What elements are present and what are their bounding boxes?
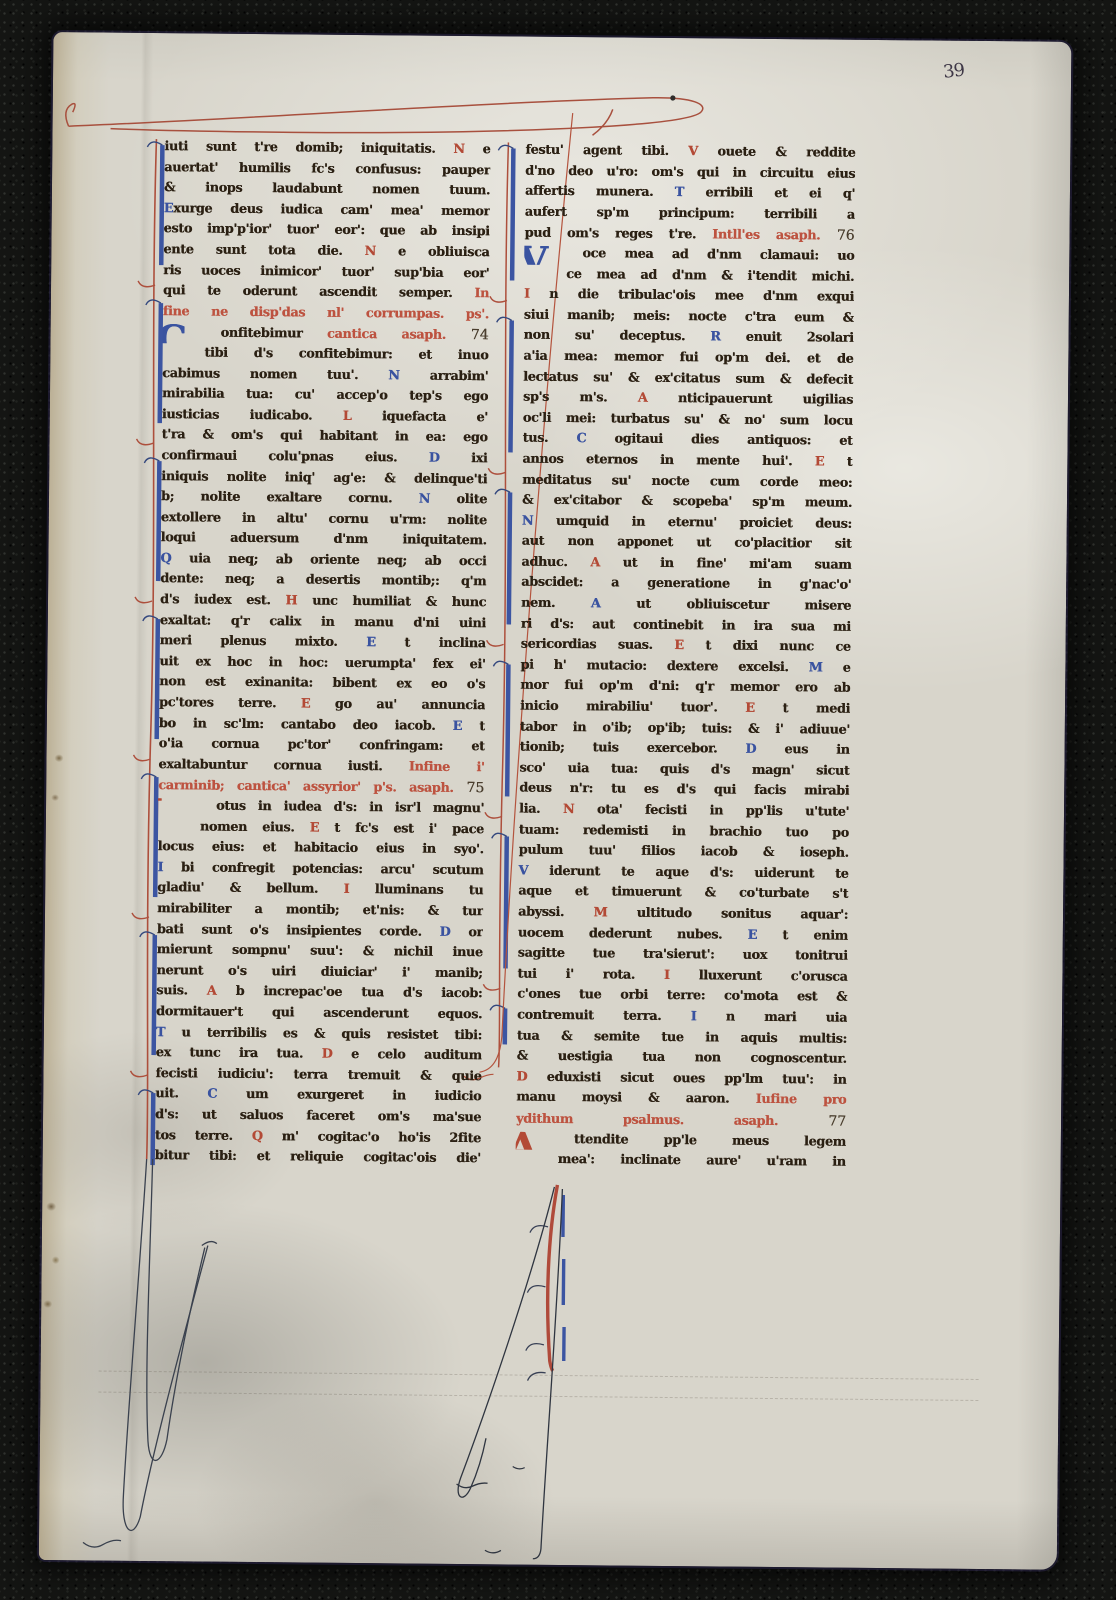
body-text: iquefacta e' — [351, 409, 488, 425]
edge-stain-spot — [54, 754, 63, 762]
body-text: meditatus su' nocte cum corde meo: — [522, 472, 852, 490]
versal-initial: C — [576, 431, 586, 446]
body-text: exaltabuntur cornua iusti. — [158, 757, 409, 774]
versal-initial: N — [419, 492, 431, 507]
body-text: iderunt te aque d's: uiderunt te — [528, 863, 849, 881]
body-text: abscidet: a generatione in g'nac'o' — [521, 575, 851, 593]
body-text: aque et timuerunt & co'turbate s't — [518, 884, 848, 902]
body-text: meri plenus mixto. — [160, 633, 367, 650]
body-text: deus n'r: tu es d's qui facis mirabi — [519, 781, 849, 799]
body-text: bitur tibi: et reliquie cogitac'ois die' — [155, 1148, 481, 1166]
ink-dot — [670, 95, 675, 100]
versal-initial: N — [388, 368, 400, 383]
body-text: nerunt o's uiri diuiciar' i' manib; — [156, 963, 482, 981]
body-text: t medi — [755, 701, 851, 717]
body-text: confirmaui colu'pnas eius. — [161, 448, 428, 466]
versal-initial: T — [675, 185, 684, 200]
versal-initial: D — [516, 1069, 527, 1084]
body-text: sp's m's. — [523, 390, 638, 406]
body-text: lluxerunt c'orusca — [670, 968, 848, 985]
body-text: t — [824, 454, 852, 469]
edge-stain-spot — [43, 1300, 52, 1308]
body-text: b; nolite exaltare cornu. — [161, 489, 419, 506]
body-text: um exurgeret in iudicio — [217, 1087, 481, 1105]
body-text: lectatus su' & ex'citatus sum & defecit — [523, 369, 853, 387]
text-column-left: iuti sunt t're domib; iniquitatis. N eau… — [155, 137, 491, 1170]
body-text: iniquis nolite iniq' ag'e: & delinque'ti — [161, 469, 487, 487]
body-text: onfitebimur — [221, 326, 328, 342]
body-text: auertat' humilis fc's confusus: pauper — [164, 160, 490, 178]
body-text: tos terre. — [155, 1128, 252, 1144]
rubric-text: carminib; cantica' assyrior' p's. asaph. — [158, 778, 453, 796]
body-text: uit ex hoc in hoc: uerumpta' fex ei' — [159, 654, 485, 672]
body-text: inicio mirabiliu' tuor'. — [520, 699, 745, 716]
body-text: n die tribulac'ois mee d'nm exqui — [530, 287, 854, 305]
body-text: m' cogitac'o ho'is 2fite — [263, 1129, 481, 1146]
body-text: bo in sc'lm: cantabo deo iacob. — [159, 716, 453, 734]
body-text: ouete & reddite — [698, 144, 856, 161]
versal-initial: R — [710, 330, 720, 345]
body-text: & ex'citabor & scopeba' sp'm meum. — [522, 493, 852, 511]
body-text: festu' agent tibi. — [525, 143, 688, 160]
body-text: aut non apponet ut co'placitior sit — [522, 534, 852, 552]
body-text: pi h' mutacio: dextere excelsi. — [520, 657, 808, 675]
body-text: uit. — [155, 1086, 207, 1101]
body-text: otus in iudea d's: in isr'l magnu' — [216, 799, 484, 817]
body-text: lluminans tu — [349, 882, 483, 898]
body-text: umquid in eternu' proiciet deus: — [533, 513, 852, 531]
body-text: iusticias iudicabo. — [162, 407, 343, 424]
body-text: ut obliuiscetur misere — [600, 596, 851, 613]
body-text: eus in — [756, 742, 850, 758]
edge-stain-spot — [46, 1202, 56, 1211]
versal-initial: D — [429, 451, 440, 466]
body-text: adhuc. — [521, 554, 590, 570]
body-text: xurge deus iudica cam' mea' memor — [173, 201, 490, 219]
body-text: gladiu' & bellum. — [157, 880, 343, 897]
body-text: ut in fine' mi'am suam — [600, 555, 852, 572]
body-text: olite — [430, 492, 487, 508]
versal-initial: E — [815, 454, 825, 469]
body-text: iuti sunt t're domib; iniquitatis. — [164, 139, 453, 157]
body-text: tus. — [523, 431, 577, 447]
rubric-text: fine ne disp'das nl' corrumpas. ps'. — [163, 304, 489, 322]
body-text: ris uoces inimicor' tuor' sup'bia eor' — [163, 263, 489, 281]
body-text: n mari uia — [696, 1009, 847, 1025]
body-text: ex tunc ira tua. — [156, 1045, 322, 1062]
body-text: loqui aduersum d'nm iniquitatem. — [161, 530, 487, 548]
body-text: unc humiliat & hunc — [297, 593, 486, 610]
body-text: pulum tuu' filios iacob & ioseph. — [519, 843, 849, 861]
body-text: oc'li mei: turbatus su' & no' sum locu — [523, 410, 853, 428]
rubric-text: Intll'es asaph. — [712, 228, 820, 244]
body-text: enuit 2solari — [720, 330, 853, 346]
body-text: nticipauerunt uigilias — [647, 391, 853, 408]
versal-initial: N — [364, 244, 376, 259]
body-text: e obliuisca — [376, 244, 490, 260]
body-text: aufert sp'm principum: terribili a — [525, 204, 855, 222]
edge-stain-spot — [51, 794, 59, 801]
body-text: t inclina — [376, 635, 486, 651]
body-text: cabimus nomen tuu'. — [162, 366, 388, 383]
body-text: sco' uia tua: quis d's magn' sicut — [519, 760, 849, 778]
body-text: extollere in altu' cornu u'rm: nolite — [161, 510, 487, 528]
body-text: non est exinanita: bibent ex eo o's — [159, 675, 485, 693]
text-line: mea': inclinate aure' u'ram in — [516, 1150, 846, 1174]
body-text: sagitte tue tra'sierut': uox tonitrui — [518, 946, 848, 964]
body-text: ota' fecisti in pp'lis u'tute' — [574, 802, 849, 820]
body-text: annos eternos in mente hui'. — [522, 451, 815, 469]
body-text: d's iudex est. — [160, 592, 286, 608]
rubric-text: Infine i' — [409, 759, 485, 775]
body-text: lia. — [519, 802, 563, 817]
body-text: nem. — [521, 596, 591, 612]
versal-initial: N — [453, 142, 465, 157]
versal-initial: N — [563, 802, 575, 817]
edge-stain-spot — [52, 1256, 60, 1264]
versal-initial: E — [745, 701, 755, 716]
body-text: d'no deo u'ro: om's qui in circuitu eius — [525, 163, 855, 181]
body-text: fecisti iudiciu': terra tremuit & quie — [155, 1066, 481, 1084]
body-text: mor fui op'm d'ni: q'r memor ero ab — [520, 678, 850, 696]
body-text: o'ia cornua pc'tor' confringam: et — [159, 736, 485, 754]
body-text: t dixi nunc ce — [684, 638, 851, 655]
body-text: mirabiliter a montib; et'nis: & tur — [157, 901, 483, 919]
folio-number: 39 — [942, 60, 965, 83]
text-column-right: festu' agent tibi. V ouete & reddited'no… — [516, 141, 856, 1174]
body-text: qui te oderunt ascendit semper. — [163, 283, 475, 301]
body-text: exaltat: q'r calix in manu d'ni uini — [160, 613, 486, 631]
body-text: ttendite pp'le meus legem — [574, 1132, 846, 1150]
body-text: mierunt sompnu' suu': & nichil inue — [157, 942, 483, 960]
body-text: dormitauer't qui ascenderunt equos. — [156, 1004, 482, 1022]
body-text: eduxisti sicut oues pp'lm tuu': in — [527, 1069, 846, 1087]
versal-initial: L — [343, 409, 352, 424]
body-text: uia neq; ab oriente neq; ab occi — [171, 551, 486, 569]
body-text: affertis munera. — [525, 184, 675, 200]
versal-initial: Q — [160, 551, 171, 566]
psalm-number: 77 — [778, 1113, 846, 1130]
versal-initial: M — [809, 660, 823, 675]
body-text: t enim — [757, 927, 848, 943]
versal-initial: Q — [252, 1129, 263, 1144]
right-descender-cadel — [456, 1184, 566, 1559]
body-text: d's: ut saluos faceret om's ma'sue — [155, 1107, 481, 1125]
body-text: e — [465, 142, 491, 157]
body-text: t fc's est i' pace — [319, 820, 484, 837]
versal-initial: V — [518, 863, 528, 878]
psalm-number: 75 — [453, 780, 484, 796]
body-text: manu moysi & aaron. — [516, 1090, 756, 1107]
body-text: e — [822, 660, 850, 675]
body-text: & inops laudabunt nomen tuum. — [164, 180, 490, 198]
body-text: go au' annuncia — [310, 697, 485, 714]
body-text: a'ia mea: memor fui op'm dei. et de — [523, 349, 853, 367]
body-text: tui i' rota. — [517, 966, 664, 982]
text-line: bitur tibi: et reliquie cogitac'ois die' — [155, 1146, 481, 1170]
body-text: b increpac'oe tua d's iacob: — [216, 984, 482, 1002]
versal-initial: T — [156, 1025, 165, 1040]
versal-initial: H — [285, 593, 297, 608]
body-text: bi confregit potencias: arcu' scutum — [163, 860, 483, 878]
body-text: bati sunt o's insipientes corde. — [157, 922, 440, 940]
body-text: esto imp'p'ior' tuor' eor': que ab insip… — [164, 221, 490, 239]
rubric-text: ydithum psalmus. asaph. — [516, 1111, 778, 1129]
body-text: non su' deceptus. — [524, 328, 711, 345]
manuscript-leaf: 39 iuti sunt t're domib; iniquitatis. N … — [39, 32, 1072, 1570]
body-text: ente sunt tota die. — [163, 242, 364, 259]
left-descender-loops — [83, 1158, 218, 1548]
versal-initial: A — [207, 984, 217, 999]
rubric-text: Iufine pro — [756, 1092, 847, 1108]
rubric-text: cantica asaph. — [327, 327, 446, 343]
top-flourish — [66, 92, 703, 136]
body-text: erribili et ei q' — [684, 185, 855, 202]
body-text: c'ones tue orbi terre: co'mota est & — [517, 987, 847, 1005]
body-text: ce mea ad d'nm & i'tendit michi. — [566, 267, 854, 285]
body-text: pud om's reges t're. — [524, 226, 712, 243]
body-text: t — [462, 719, 485, 734]
body-text: nomen eius. — [200, 819, 310, 835]
body-text: u terribilis es & quis resistet tibi: — [165, 1025, 482, 1043]
versal-initial: E — [310, 820, 320, 835]
body-text: tionib; tuis exercebor. — [520, 740, 746, 757]
body-text: & uestigia tua non cognoscentur. — [517, 1049, 847, 1067]
versal-initial: D — [322, 1047, 333, 1062]
body-text: ogitaui dies antiquos: et — [586, 431, 853, 449]
photo-background: 39 iuti sunt t're domib; iniquitatis. N … — [0, 0, 1116, 1600]
body-text: pc'tores terre. — [159, 695, 301, 711]
body-text: t'ra & om's qui habitant in ea: ego — [162, 427, 488, 445]
body-text: ultitudo sonitus aquar': — [607, 905, 848, 922]
versal-initial: N — [522, 513, 534, 528]
body-text: tua & semite tue in aquis multis: — [517, 1028, 847, 1046]
versal-initial: E — [301, 696, 311, 711]
body-text: ixi — [439, 451, 487, 466]
versal-initial: D — [745, 742, 756, 757]
body-text: uocem dederunt nubes. — [518, 925, 748, 942]
body-text: tibi d's confitebimur: et inuo — [204, 345, 488, 363]
versal-initial: A — [638, 391, 648, 406]
versal-initial: E — [674, 638, 684, 653]
body-text: tuam: redemisti in brachio tuo po — [519, 822, 849, 840]
versal-initial: E — [748, 927, 758, 942]
body-text: locus eius: et habitacio eius in syo'. — [158, 839, 484, 857]
body-text: mirabilia tua: cu' accep'o tep's ego — [162, 386, 488, 404]
body-text: tabor in o'ib; op'ib; tuis: & i' adiuue' — [520, 719, 850, 737]
psalm-number: 76 — [820, 228, 855, 244]
versal-initial: D — [440, 924, 451, 939]
body-text: contremuit terra. — [517, 1007, 691, 1024]
versal-initial: M — [593, 905, 607, 920]
body-text: e celo auditum — [332, 1047, 481, 1063]
body-text: arrabim' — [399, 368, 488, 384]
body-text: dente: neq; a desertis montib;: q'm — [160, 572, 486, 590]
versal-initial: E — [453, 719, 463, 734]
versal-initial: E — [366, 635, 376, 650]
body-text: abyssi. — [518, 905, 594, 921]
body-text: sericordias suas. — [521, 637, 675, 653]
versal-initial: C — [207, 1087, 217, 1102]
body-text: mea': inclinate aure' u'ram in — [558, 1152, 846, 1170]
rubric-text: In — [474, 286, 489, 301]
body-text: oce mea ad d'nm clamaui: uo — [582, 246, 854, 264]
body-text: or — [450, 924, 483, 939]
body-text: suis. — [156, 983, 207, 998]
body-text: siui manib; meis: nocte c'tra eum & — [524, 307, 854, 325]
psalm-number: 74 — [446, 327, 489, 343]
body-text: ri d's: aut continebit in ira sua mi — [521, 616, 851, 634]
